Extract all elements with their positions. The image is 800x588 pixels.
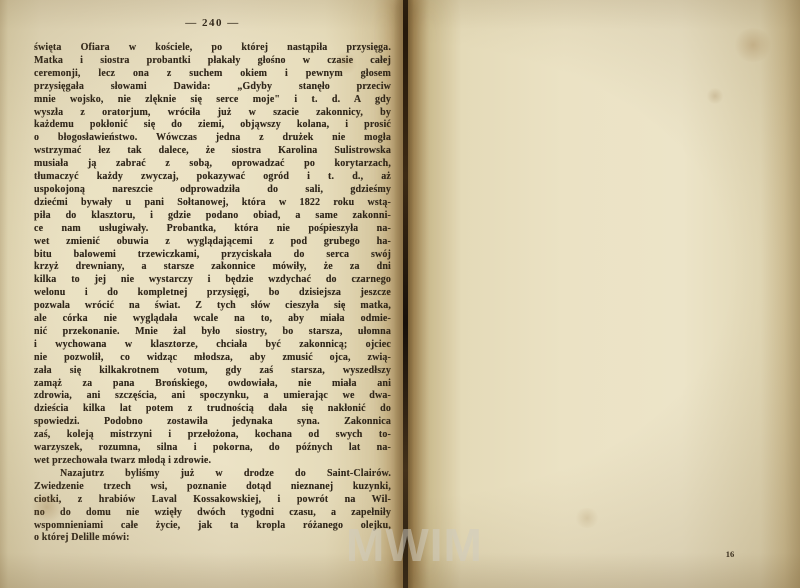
text-line: mnie wojsko, nie zlęknie się serce moje"… xyxy=(34,94,391,107)
text-line: spowiedzi. Podobno zostawiła jedynaka sy… xyxy=(34,416,391,429)
text-line: piła do klasztoru, i gdzie podano obiad,… xyxy=(34,210,391,223)
paper-stain xyxy=(706,88,724,104)
left-page-number: — 240 — xyxy=(34,17,391,29)
text-line: i wychowana w klasztorze, chciała być za… xyxy=(34,339,391,352)
text-line: zdrowia, ani szczęścia, ani spoczynku, a… xyxy=(34,390,391,403)
text-line: wyszła z oratorjum, wróciła już w szacie… xyxy=(34,107,391,120)
book-scan: — 240 — święta Ofiara w kościele, po któ… xyxy=(0,0,800,588)
text-line: zała się kilkakrotnem votum, gdy zaś sta… xyxy=(34,365,391,378)
text-line: no do domu nie wzięły dwóch tygodni czas… xyxy=(34,507,391,520)
text-line: każdemu pokłonić się do ziemi, objąwszy … xyxy=(34,119,391,132)
text-line: wet przechowała twarz młodą i zdrowie. xyxy=(34,455,391,468)
text-line: o błogosławieństwo. Wówczas jedna z druż… xyxy=(34,132,391,145)
text-line: zamąż za pana Brońskiego, owdowiała, nie… xyxy=(34,378,391,391)
book-spine-crease xyxy=(403,0,408,588)
paper-stain xyxy=(733,28,773,62)
paper-stain xyxy=(332,52,358,74)
text-line: Zwiedzenie trzech wsi, poznanie dotąd ni… xyxy=(34,481,391,494)
text-line: welonu i do kompletnej przysięgi, bo dzi… xyxy=(34,287,391,300)
text-line: pozwala wrócić na świat. Z tych słów cie… xyxy=(34,300,391,313)
text-line: ciotki, z hrabiów Laval Kossakowskiej, i… xyxy=(34,494,391,507)
text-line: ce nam usługiwały. Probantka, która nie … xyxy=(34,223,391,236)
left-page-text: święta Ofiara w kościele, po której nast… xyxy=(34,42,391,545)
text-line: dziećmi bywały u pani Sołtanowej, która … xyxy=(34,197,391,210)
signature-number: 16 xyxy=(700,549,760,559)
text-line: wet zmienić obuwia z wyglądającemi z pod… xyxy=(34,236,391,249)
text-line: wstrzymać łez tak dalece, że siostra Kar… xyxy=(34,145,391,158)
text-line: zaś, koleją mistrzyni i przełożona, koch… xyxy=(34,429,391,442)
text-line: dzieścia kilka lat potem z trudnością da… xyxy=(34,403,391,416)
text-line: musiała ją zabrać z sobą, oprowadzać po … xyxy=(34,158,391,171)
text-line: nie pozwolił, co widząc młodsza, aby zmu… xyxy=(34,352,391,365)
text-line: nić przekonanie. Mnie żal było siostry, … xyxy=(34,326,391,339)
watermark: MWIM xyxy=(346,522,483,568)
text-line: o której Delille mówi: xyxy=(34,532,391,545)
paper-stain xyxy=(574,508,600,528)
text-line: bitu balowemi trzewiczkami, przyciskała … xyxy=(34,249,391,262)
text-line: przysięgała słowami Dawida: „Gdyby stanę… xyxy=(34,81,391,94)
text-line: ale córka nie wyglądała wcale na to, aby… xyxy=(34,313,391,326)
text-line: tłumaczyć każdy zwyczaj, pokazywać ogród… xyxy=(34,171,391,184)
right-page: — 241 — Remplit de son parfum tout un pa… xyxy=(406,0,800,588)
text-line: uspokojoną nareszcie odprowadziła do sal… xyxy=(34,184,391,197)
paper-stain xyxy=(30,492,64,522)
text-line: Nazajutrz byliśmy już w drodze do Saint-… xyxy=(34,468,391,481)
text-line: krzyż drewniany, a starsze zakonnice mów… xyxy=(34,261,391,274)
text-line: wspomnieniami całe życie, jak ta kropla … xyxy=(34,520,391,533)
text-line: kilka to jej nie wystarczy i będzie wzdy… xyxy=(34,274,391,287)
text-line: warzyszek, rozumna, silna i pokorna, do … xyxy=(34,442,391,455)
